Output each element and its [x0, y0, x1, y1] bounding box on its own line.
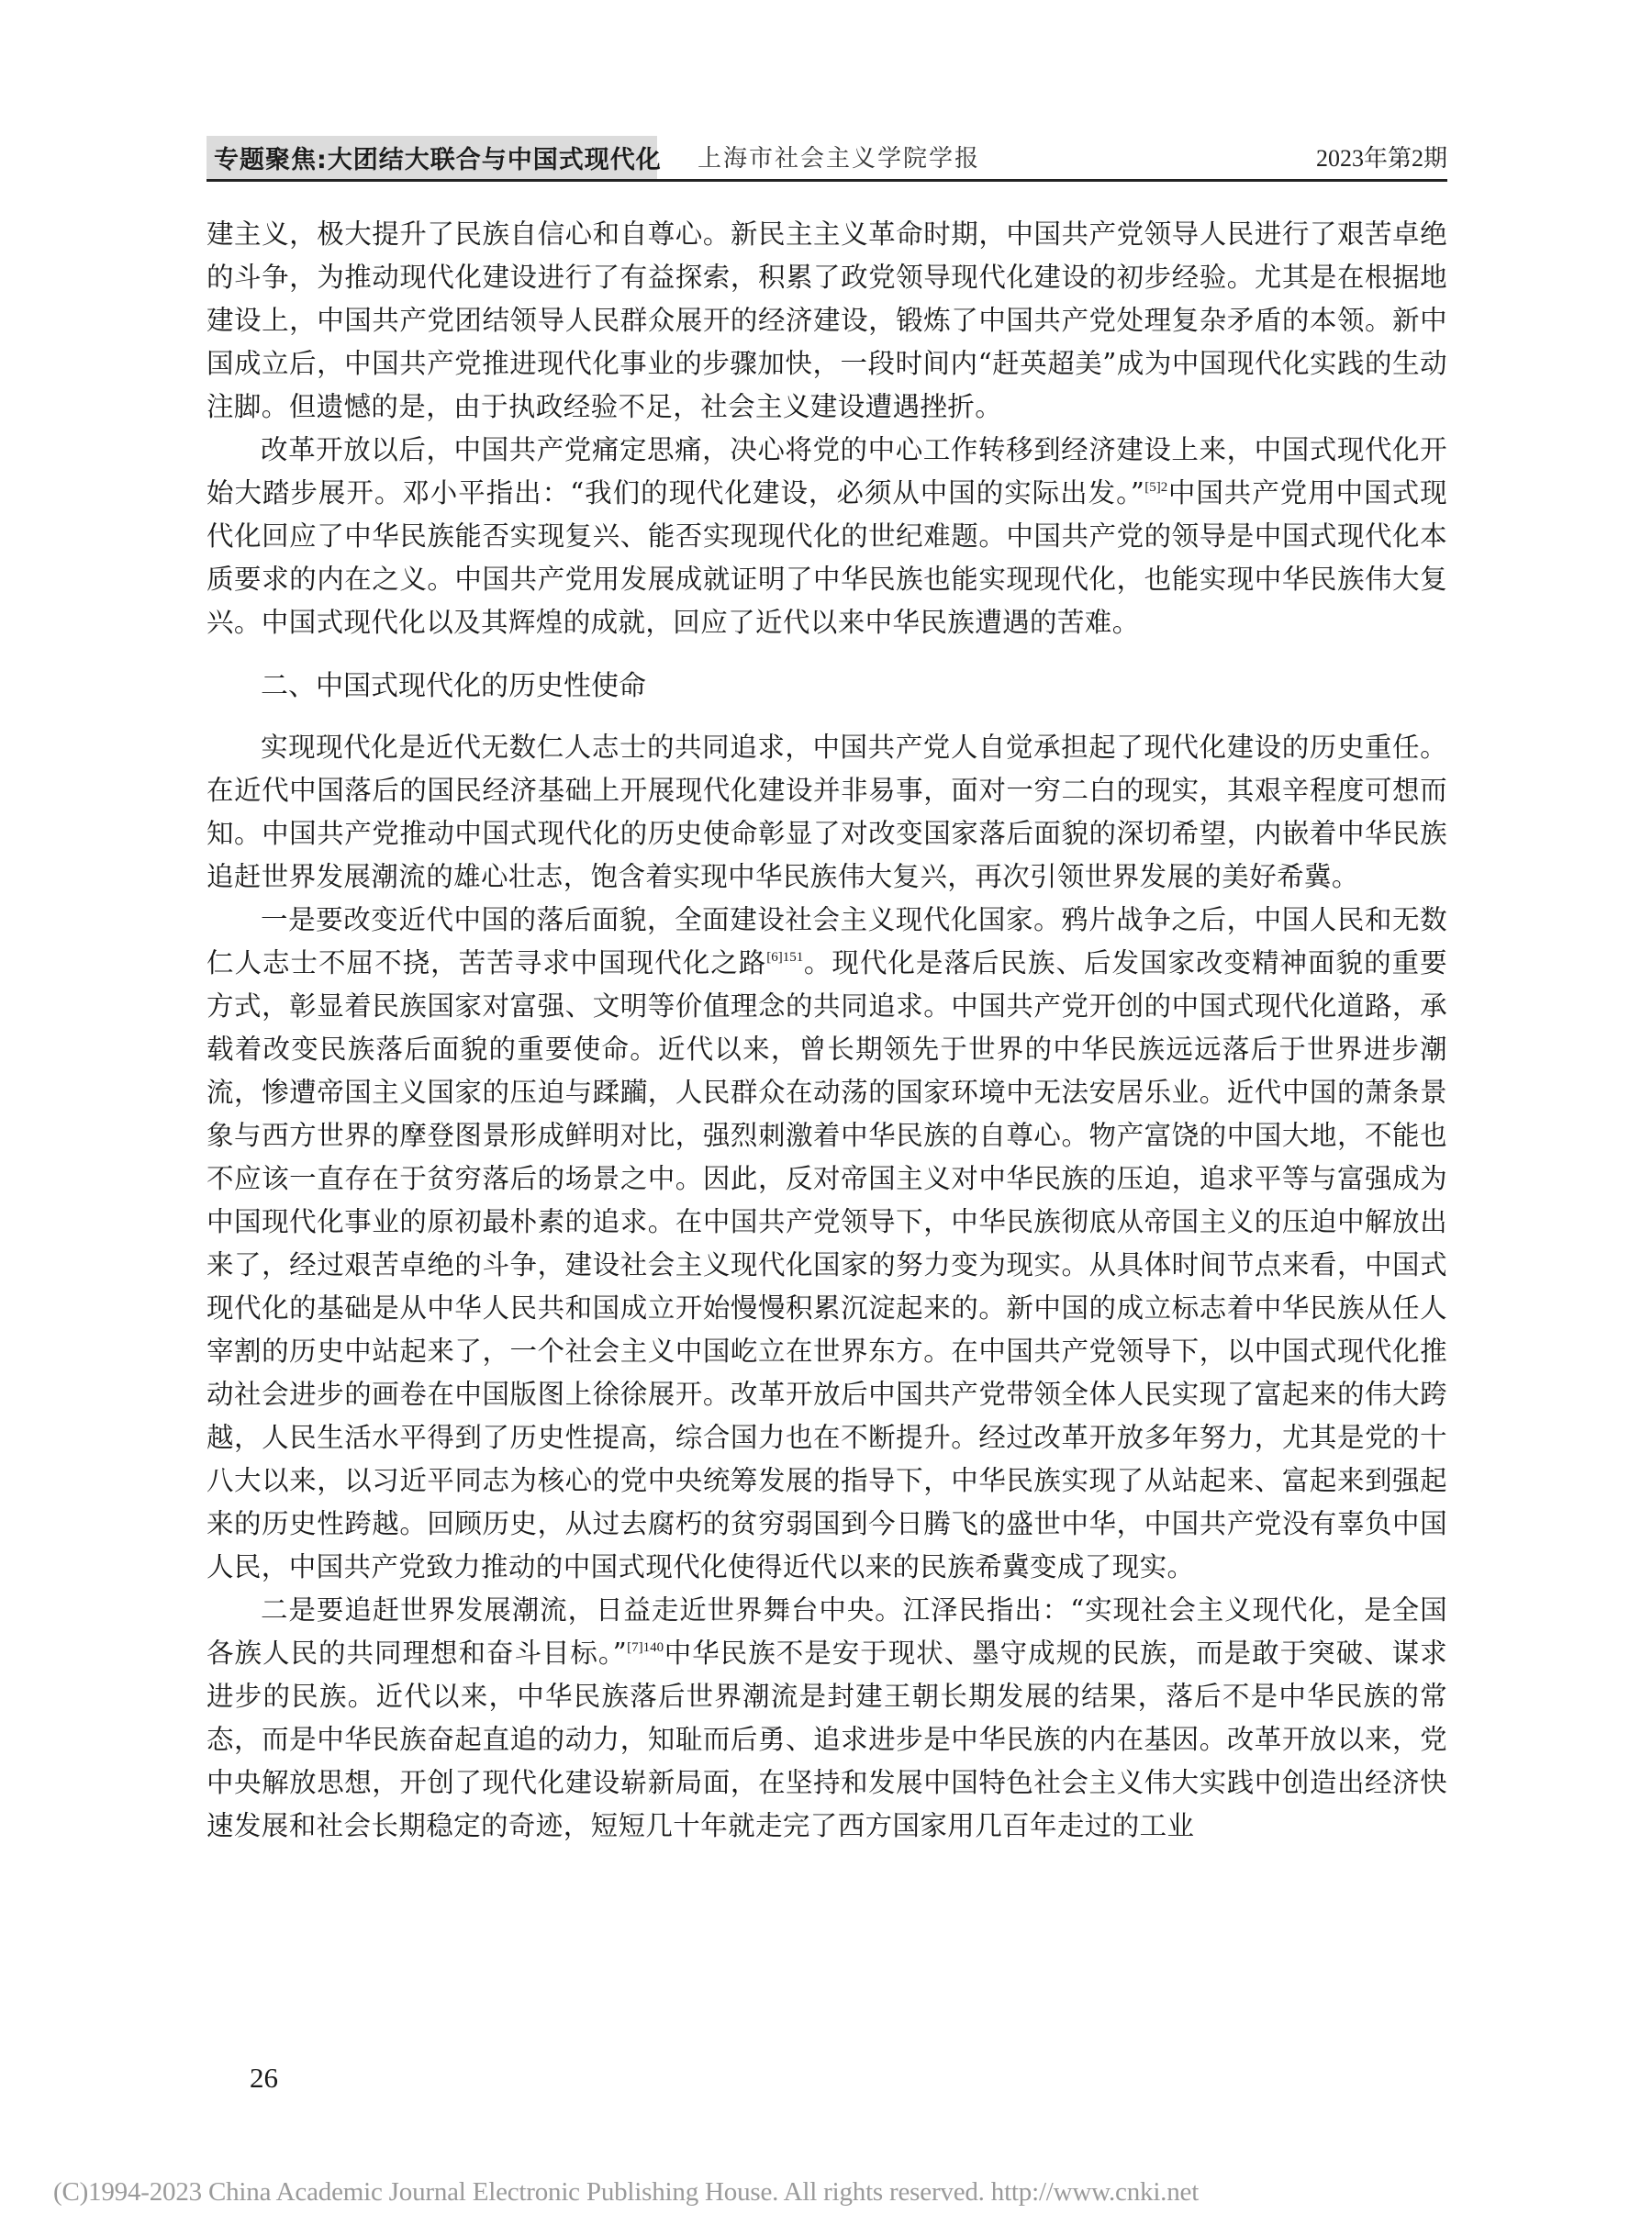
citation-reference: [7]140: [627, 1640, 664, 1655]
section-paragraphs: 实现现代化是近代无数仁人志士的共同追求，中国共产党人自觉承担起了现代化建设的历史…: [206, 726, 1447, 1848]
section-heading: 二、中国式现代化的历史性使命: [261, 665, 1447, 708]
intro-paragraphs: 建主义，极大提升了民族自信心和自尊心。新民主主义革命时期，中国共产党领导人民进行…: [206, 213, 1447, 644]
page-number: 26: [250, 2062, 278, 2095]
body-paragraph: 改革开放以后，中国共产党痛定思痛，决心将党的中心工作转移到经济建设上来，中国式现…: [206, 429, 1447, 644]
citation-reference: [6]151: [766, 950, 803, 965]
body-paragraph: 实现现代化是近代无数仁人志士的共同追求，中国共产党人自觉承担起了现代化建设的历史…: [206, 726, 1447, 899]
running-header: 专题聚焦:大团结大联合与中国式现代化 上海市社会主义学院学报 2023年第2期: [206, 136, 1447, 180]
body-paragraph: 建主义，极大提升了民族自信心和自尊心。新民主主义革命时期，中国共产党领导人民进行…: [206, 213, 1447, 429]
header-rule: [206, 179, 1447, 182]
journal-title: 上海市社会主义学院学报: [698, 140, 980, 173]
body-paragraph: 二是要追赶世界发展潮流，日益走近世界舞台中央。江泽民指出：“实现社会主义现代化，…: [206, 1589, 1447, 1848]
column-label: 专题聚焦:大团结大联合与中国式现代化: [214, 140, 662, 175]
issue-number: 2023年第2期: [1316, 140, 1447, 173]
article-body: 建主义，极大提升了民族自信心和自尊心。新民主主义革命时期，中国共产党领导人民进行…: [206, 213, 1447, 1848]
citation-reference: [5]2: [1144, 480, 1167, 495]
copyright-notice: (C)1994-2023 China Academic Journal Elec…: [53, 2177, 1199, 2208]
body-paragraph: 一是要改变近代中国的落后面貌，全面建设社会主义现代化国家。鸦片战争之后，中国人民…: [206, 899, 1447, 1589]
column-label-box: 专题聚焦:大团结大联合与中国式现代化: [206, 136, 657, 179]
